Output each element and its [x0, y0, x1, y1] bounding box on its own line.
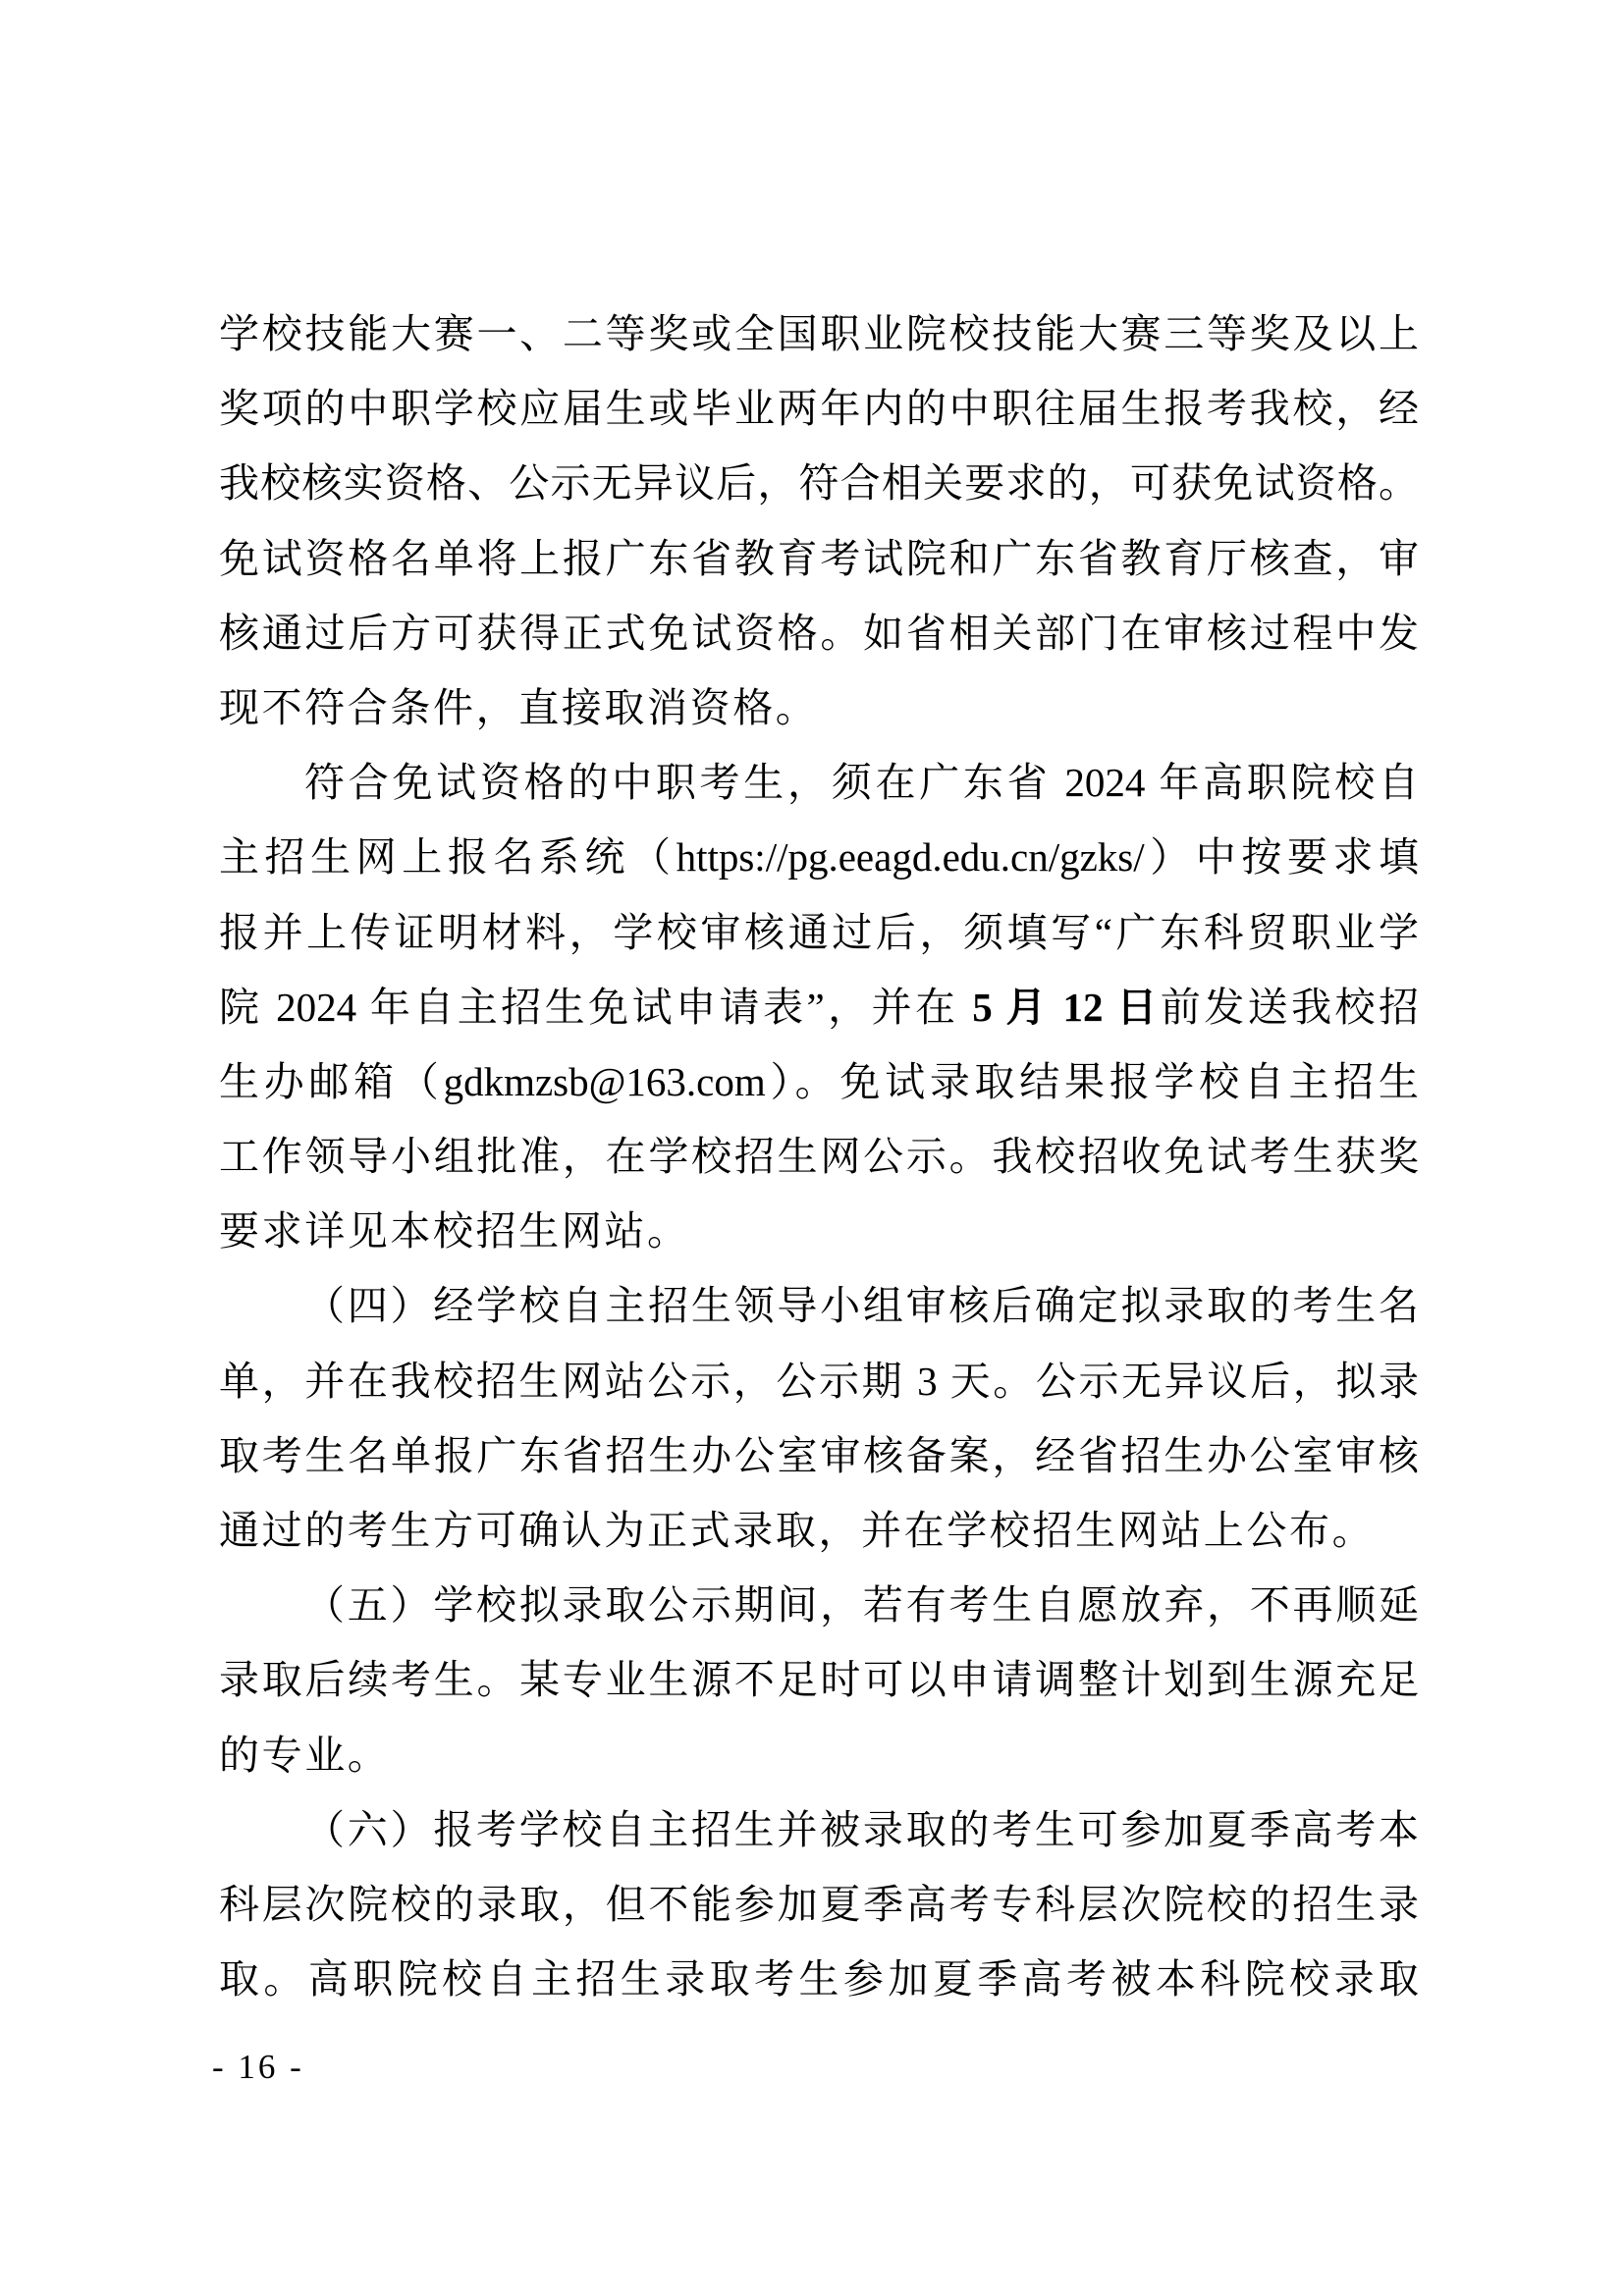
- text-run: 科层次院校的录取，但不能参加夏季高考专科层次院校的招生录: [219, 1882, 1419, 1927]
- text-line: （四）经学校自主招生领导小组审核后确定拟录取的考生名: [219, 1268, 1419, 1343]
- text-run: 学校技能大赛一、二等奖或全国职业院校技能大赛三等奖及以上: [219, 311, 1419, 356]
- text-line: 核通过后方可获得正式免试资格。如省相关部门在审核过程中发: [219, 596, 1419, 670]
- document-body: 学校技能大赛一、二等奖或全国职业院校技能大赛三等奖及以上奖项的中职学校应届生或毕…: [219, 296, 1419, 2016]
- text-line: 报并上传证明材料，学校审核通过后，须填写“广东科贸职业学: [219, 895, 1419, 970]
- text-line: 取考生名单报广东省招生办公室审核备案，经省招生办公室审核: [219, 1418, 1419, 1493]
- text-line: 取。高职院校自主招生录取考生参加夏季高考被本科院校录取: [219, 1942, 1419, 2016]
- text-line: 的专业。: [219, 1718, 1419, 1792]
- text-line: 科层次院校的录取，但不能参加夏季高考专科层次院校的招生录: [219, 1867, 1419, 1942]
- text-run: （四）经学校自主招生领导小组审核后确定拟录取的考生名: [304, 1283, 1419, 1328]
- text-line: 免试资格名单将上报广东省教育考试院和广东省教育厅核查，审: [219, 521, 1419, 596]
- text-run: 录取后续考生。某专业生源不足时可以申请调整计划到生源充足: [219, 1657, 1419, 1702]
- text-run: 通过的考生方可确认为正式录取，并在学校招生网站上公布。: [219, 1508, 1375, 1553]
- text-run: 取考生名单报广东省招生办公室审核备案，经省招生办公室审核: [219, 1433, 1419, 1478]
- text-line: 单，并在我校招生网站公示，公示期 3 天。公示无异议后，拟录: [219, 1344, 1419, 1418]
- text-run: 单，并在我校招生网站公示，公示期 3 天。公示无异议后，拟录: [219, 1359, 1419, 1404]
- text-run: （五）学校拟录取公示期间，若有考生自愿放弃，不再顺延: [304, 1582, 1419, 1628]
- text-run: 前发送我校招: [1161, 985, 1419, 1030]
- text-run: 符合免试资格的中职考生，须在广东省 2024 年高职院校自: [304, 760, 1419, 805]
- text-line: 通过的考生方可确认为正式录取，并在学校招生网站上公布。: [219, 1493, 1419, 1568]
- text-line: 工作领导小组批准，在学校招生网公示。我校招收免试考生获奖: [219, 1119, 1419, 1194]
- text-line: 要求详见本校招生网站。: [219, 1194, 1419, 1268]
- text-run: 院 2024 年自主招生免试申请表”，并在: [219, 985, 972, 1030]
- text-run: 生办邮箱（gdkmzsb@163.com）。免试录取结果报学校自主招生: [219, 1059, 1419, 1104]
- text-run: 报并上传证明材料，学校审核通过后，须填写“广东科贸职业学: [219, 910, 1419, 955]
- text-line: 录取后续考生。某专业生源不足时可以申请调整计划到生源充足: [219, 1642, 1419, 1717]
- text-run-bold: 5 月 12 日: [972, 985, 1161, 1030]
- text-run: 核通过后方可获得正式免试资格。如省相关部门在审核过程中发: [219, 611, 1419, 656]
- text-run: 现不符合条件，直接取消资格。: [219, 685, 818, 730]
- text-line: （五）学校拟录取公示期间，若有考生自愿放弃，不再顺延: [219, 1568, 1419, 1642]
- text-run: 我校核实资格、公示无异议后，符合相关要求的，可获免试资格。: [219, 460, 1419, 506]
- text-line: 我校核实资格、公示无异议后，符合相关要求的，可获免试资格。: [219, 446, 1419, 520]
- text-line: 符合免试资格的中职考生，须在广东省 2024 年高职院校自: [219, 745, 1419, 820]
- text-line: 院 2024 年自主招生免试申请表”，并在 5 月 12 日前发送我校招: [219, 970, 1419, 1044]
- text-line: 奖项的中职学校应届生或毕业两年内的中职往届生报考我校，经: [219, 371, 1419, 446]
- text-line: 主招生网上报名系统（https://pg.eeagd.edu.cn/gzks/）…: [219, 820, 1419, 894]
- text-run: 工作领导小组批准，在学校招生网公示。我校招收免试考生获奖: [219, 1134, 1419, 1179]
- text-line: 现不符合条件，直接取消资格。: [219, 670, 1419, 745]
- text-line: 学校技能大赛一、二等奖或全国职业院校技能大赛三等奖及以上: [219, 296, 1419, 371]
- text-run: 取。高职院校自主招生录取考生参加夏季高考被本科院校录取: [219, 1956, 1419, 2002]
- page-number: - 16 -: [212, 2048, 304, 2087]
- text-run: 的专业。: [219, 1733, 390, 1778]
- text-run: 要求详见本校招生网站。: [219, 1208, 690, 1254]
- text-run: 奖项的中职学校应届生或毕业两年内的中职往届生报考我校，经: [219, 386, 1419, 431]
- text-run: 主招生网上报名系统（https://pg.eeagd.edu.cn/gzks/）…: [219, 834, 1419, 880]
- document-page: 学校技能大赛一、二等奖或全国职业院校技能大赛三等奖及以上奖项的中职学校应届生或毕…: [0, 0, 1624, 2296]
- text-line: 生办邮箱（gdkmzsb@163.com）。免试录取结果报学校自主招生: [219, 1044, 1419, 1119]
- text-line: （六）报考学校自主招生并被录取的考生可参加夏季高考本: [219, 1792, 1419, 1867]
- text-run: （六）报考学校自主招生并被录取的考生可参加夏季高考本: [304, 1807, 1419, 1852]
- text-run: 免试资格名单将上报广东省教育考试院和广东省教育厅核查，审: [219, 536, 1419, 581]
